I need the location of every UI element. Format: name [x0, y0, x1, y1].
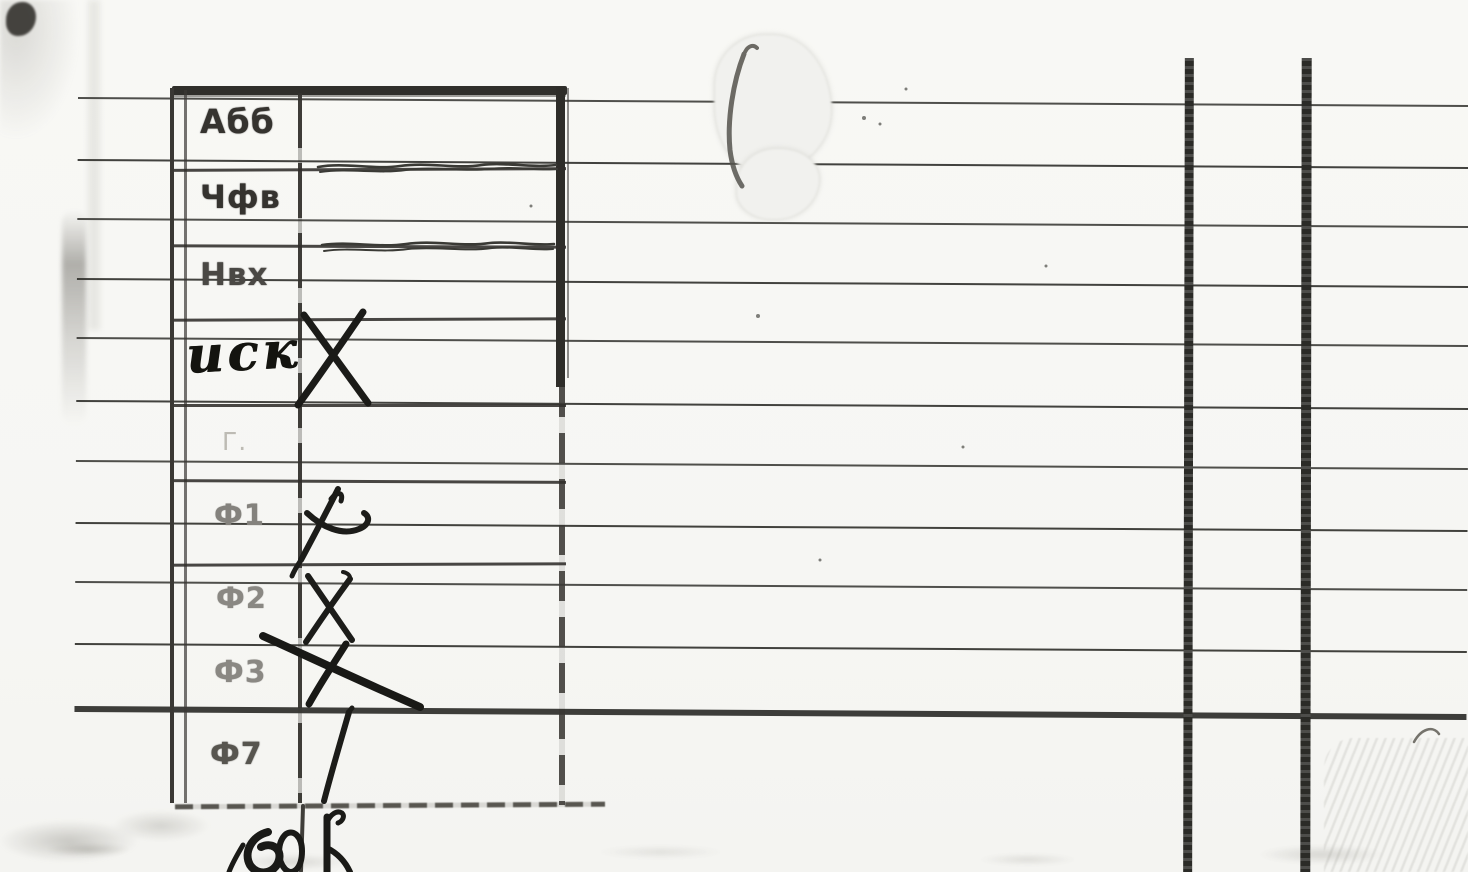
bottom-scribble — [229, 806, 350, 872]
crease-mark — [729, 46, 757, 186]
x-mark-f1 — [292, 489, 368, 576]
ink-specks — [530, 88, 1048, 562]
handwriting-layer — [0, 0, 1468, 872]
x-mark-isk — [298, 312, 368, 405]
slash-mark-f7 — [324, 708, 352, 801]
scanned-page: Абб Чфв Нвх иск Г. Ф1 Ф2 Ф3 Ф7 — [0, 0, 1468, 872]
squiggle-mark — [1414, 729, 1439, 742]
x-mark-f3 — [263, 636, 420, 707]
wavy-strike-mark — [318, 164, 557, 251]
x-mark-f2 — [306, 572, 352, 642]
